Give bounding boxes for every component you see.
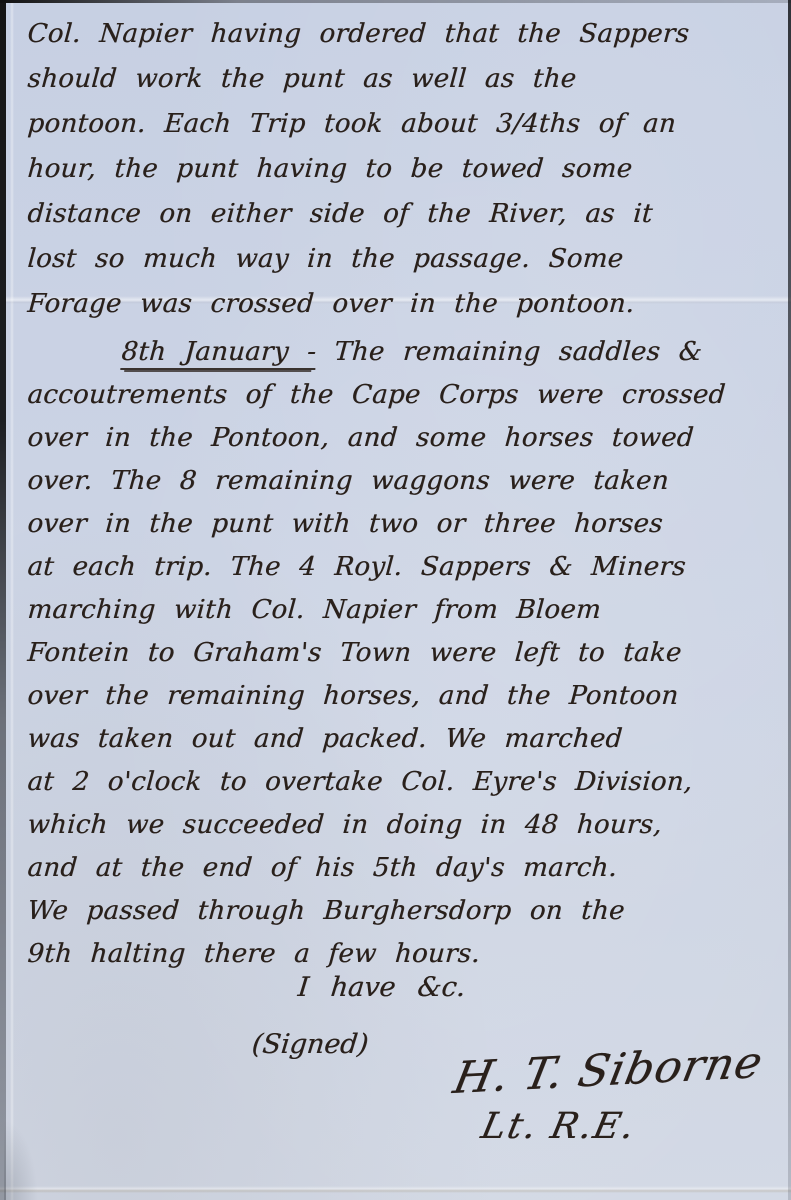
manuscript-line: accoutrements of the Cape Corps were cro…: [26, 374, 777, 417]
manuscript-line: over in the Pontoon, and some horses tow…: [26, 417, 777, 460]
manuscript-line: was taken out and packed. We marched: [26, 718, 777, 761]
manuscript-line: pontoon. Each Trip took about 3/4ths of …: [26, 102, 777, 147]
date-heading: 8th January -: [120, 337, 317, 370]
scan-edge-top: [0, 0, 791, 3]
manuscript-line: at 2 o'clock to overtake Col. Eyre's Div…: [26, 761, 777, 804]
manuscript-line: lost so much way in the passage. Some: [26, 237, 777, 282]
manuscript-line: We passed through Burghersdorp on the: [26, 890, 777, 933]
signed-label: (Signed): [250, 1029, 369, 1060]
manuscript-line: distance on either side of the River, as…: [26, 192, 777, 237]
manuscript-line: at each trip. The 4 Royl. Sappers & Mine…: [26, 546, 777, 589]
manuscript-line: marching with Col. Napier from Bloem: [26, 589, 777, 632]
closing-block: I have &c. (Signed) H. T. Siborne Lt. R.…: [0, 972, 791, 1147]
manuscript-line: over in the punt with two or three horse…: [26, 503, 777, 546]
manuscript-line: 8th January -The remaining saddles &: [26, 331, 777, 374]
fold-crease-horizontal-lower: [0, 1186, 791, 1193]
manuscript-page: Col. Napier having ordered that the Sapp…: [0, 0, 791, 1200]
manuscript-line: Col. Napier having ordered that the Sapp…: [26, 12, 777, 57]
manuscript-body: Col. Napier having ordered that the Sapp…: [26, 12, 774, 976]
scan-edge-left: [0, 0, 6, 1200]
signed-row: (Signed) H. T. Siborne: [0, 1029, 791, 1080]
valediction: I have &c.: [296, 972, 791, 1003]
manuscript-line: which we succeeded in doing in 48 hours,: [26, 804, 777, 847]
manuscript-line: over. The 8 remaining waggons were taken: [26, 460, 777, 503]
manuscript-line-text: The remaining saddles &: [333, 337, 703, 367]
manuscript-line: Forage was crossed over in the pontoon.: [26, 282, 777, 327]
manuscript-line: should work the punt as well as the: [26, 57, 777, 102]
manuscript-line: 9th halting there a few hours.: [26, 933, 777, 976]
manuscript-line: hour, the punt having to be towed some: [26, 147, 777, 192]
signature-title: Lt. R.E.: [478, 1106, 791, 1147]
manuscript-line: and at the end of his 5th day's march.: [26, 847, 777, 890]
manuscript-line: over the remaining horses, and the Ponto…: [26, 675, 777, 718]
signature: H. T. Siborne: [449, 1037, 767, 1104]
paragraph-2: 8th January -The remaining saddles & acc…: [26, 331, 774, 976]
paragraph-1: Col. Napier having ordered that the Sapp…: [26, 12, 774, 327]
manuscript-line: Fontein to Graham's Town were left to ta…: [26, 632, 777, 675]
